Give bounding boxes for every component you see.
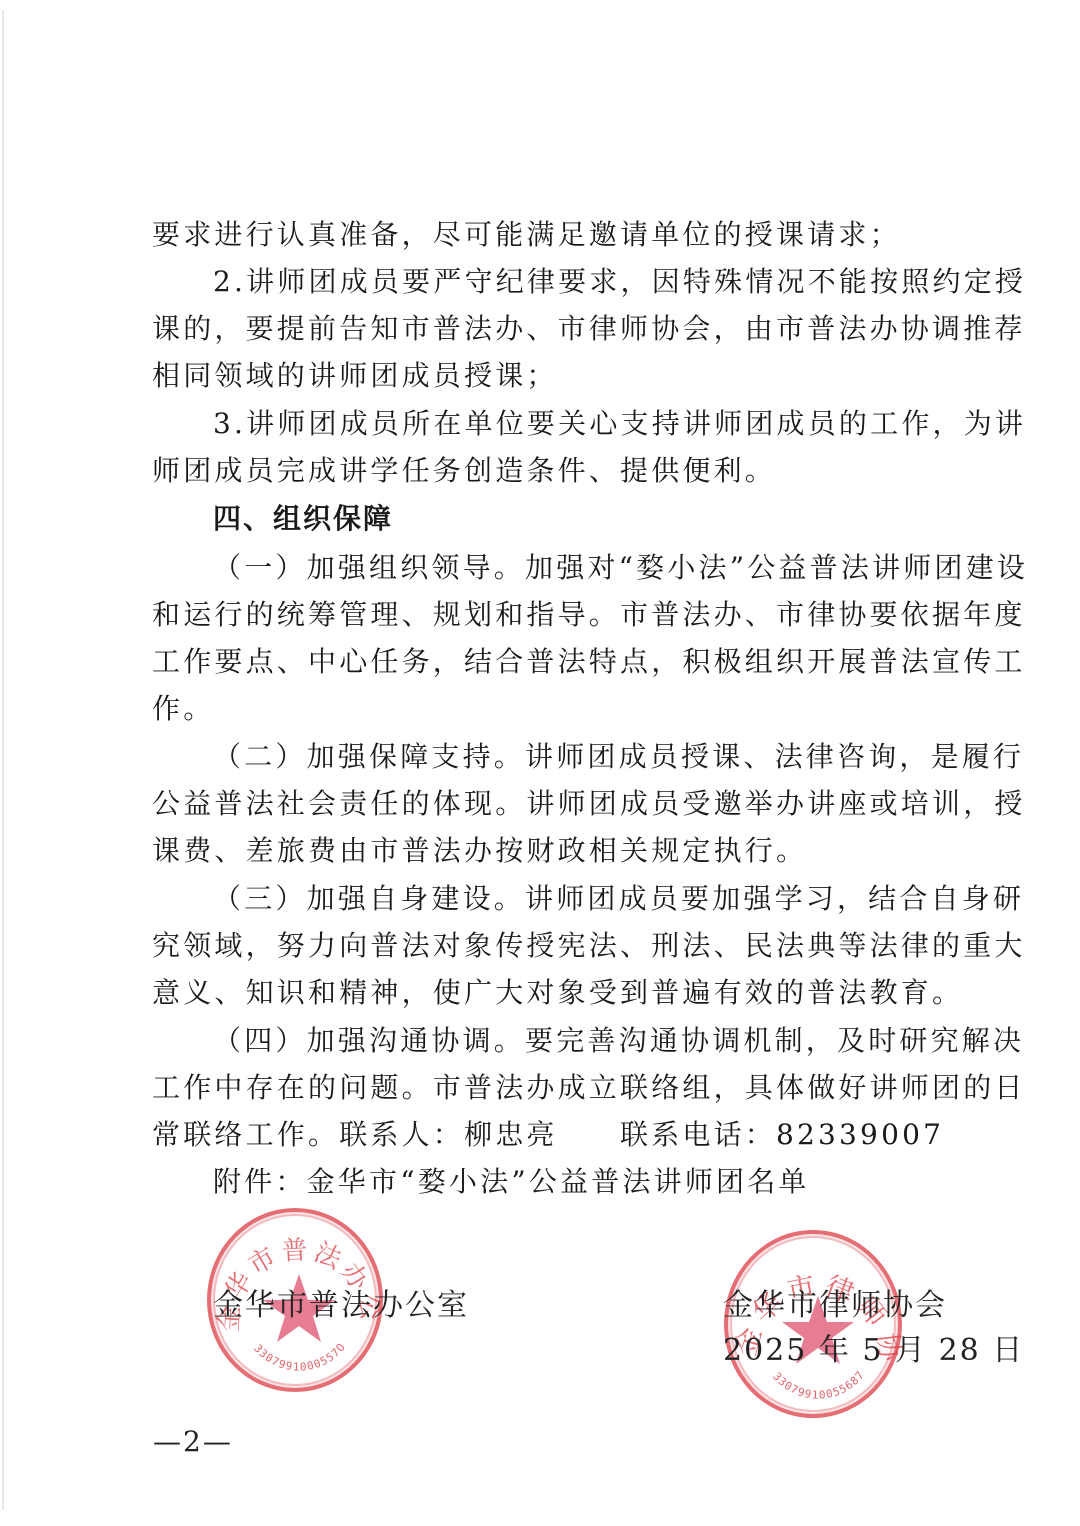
body-text-line: 常联络工作。联系人：柳忠亮 联系电话：82339007 (152, 1118, 944, 1152)
body-text-line: （二）加强保障支持。讲师团成员授课、法律咨询，是履行 (213, 740, 1024, 774)
body-text-line: 2.讲师团成员要严守纪律要求，因特殊情况不能按照约定授 (213, 265, 1026, 299)
page-number: —2— (153, 1425, 233, 1458)
body-text-line: （一）加强组织领导。加强对“婺小法”公益普法讲师团建设 (213, 551, 1028, 585)
body-text-line: 3.讲师团成员所在单位要关心支持讲师团成员的工作，为讲 (213, 407, 1026, 441)
section-heading: 四、组织保障 (213, 502, 393, 536)
page-edge (2, 10, 4, 1510)
body-text-line: 附件：金华市“婺小法”公益普法讲师团名单 (213, 1165, 810, 1199)
body-text-line: 师团成员完成讲学任务创造条件、提供便利。 (152, 454, 776, 488)
seal-lawyers-association: 金华市律师协会 33079910055687 (724, 1230, 902, 1418)
signature-date: 2025 年 5 月 28 日 (723, 1325, 1024, 1369)
body-text-line: 要求进行认真准备，尽可能满足邀请单位的授课请求； (152, 218, 901, 252)
body-text-line: 课费、差旅费由市普法办按财政相关规定执行。 (152, 834, 807, 868)
body-text-line: 作。 (152, 692, 214, 726)
svg-text:3307991000557O: 3307991000557O (251, 1340, 348, 1373)
signature-left-org: 金华市普法办公室 (213, 1280, 469, 1324)
body-text-line: 工作要点、中心任务，结合普法特点，积极组织开展普法宣传工 (152, 645, 1026, 679)
body-text-line: 工作中存在的问题。市普法办成立联络组，具体做好讲师团的日 (152, 1071, 1026, 1105)
body-text-line: 相同领域的讲师团成员授课； (152, 359, 558, 393)
body-text-line: 课的，要提前告知市普法办、市律师协会，由市普法办协调推荐 (152, 312, 1026, 346)
body-text-line: （三）加强自身建设。讲师团成员要加强学习，结合自身研 (213, 882, 1024, 916)
body-text-line: 公益普法社会责任的体现。讲师团成员受邀举办讲座或培训，授 (152, 787, 1026, 821)
svg-text:33079910055687: 33079910055687 (770, 1368, 867, 1401)
body-text-line: 意义、知识和精神，使广大对象受到普遍有效的普法教育。 (152, 976, 963, 1010)
body-text-line: 究领域，努力向普法对象传授宪法、刑法、民法典等法律的重大 (152, 929, 1026, 963)
seal-left-code: 3307991000557O (251, 1340, 348, 1373)
signature-right-org: 金华市律师协会 (723, 1280, 947, 1324)
seal-right-code: 33079910055687 (770, 1368, 867, 1401)
body-text-line: 和运行的统筹管理、规划和指导。市普法办、市律协要依据年度 (152, 598, 1026, 632)
body-text-line: （四）加强沟通协调。要完善沟通协调机制，及时研究解决 (213, 1024, 1024, 1058)
